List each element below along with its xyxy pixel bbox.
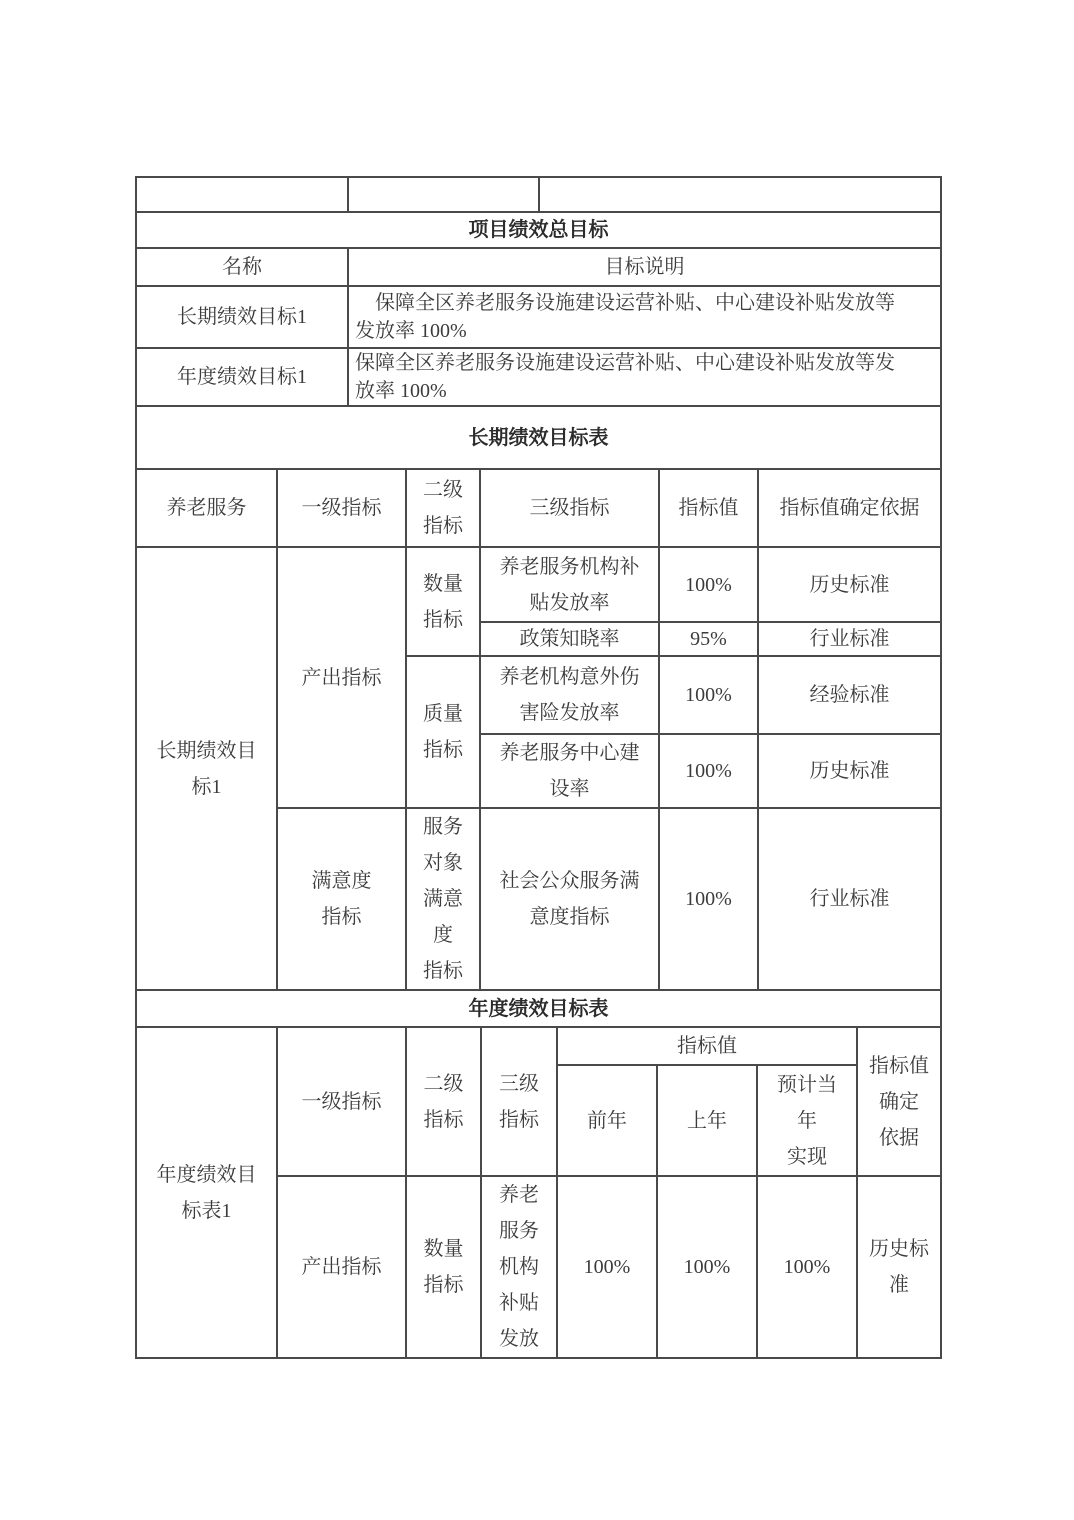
level1-column-header: 一级指标 <box>277 1027 406 1176</box>
value-column-header: 指标值 <box>659 469 758 547</box>
empty-cell <box>136 177 348 212</box>
level2-quality-cell: 质量 指标 <box>406 656 480 808</box>
value-cell: 100% <box>659 734 758 808</box>
annual-target-label: 年度绩效目 标表1 <box>136 1027 277 1358</box>
level2-service-satisfaction-cell: 服务 对象 满意 度 指标 <box>406 808 480 990</box>
empty-row <box>136 177 941 212</box>
table-row: 长期绩效目标1 保障全区养老服务设施建设运营补贴、中心建设补贴发放等 发放率 1… <box>136 286 941 348</box>
value-cell: 100% <box>659 808 758 990</box>
prev1-value-cell: 100% <box>657 1176 757 1358</box>
longterm-target-description: 保障全区养老服务设施建设运营补贴、中心建设补贴发放等 发放率 100% <box>348 286 941 348</box>
basis-cell: 历史标 准 <box>857 1176 941 1358</box>
annual-target-table: 年度绩效目标表 年度绩效目 标表1 一级指标 二级 指标 三级 指标 指标值 指… <box>135 989 942 1359</box>
performance-target-document: 项目绩效总目标 名称 目标说明 长期绩效目标1 保障全区养老服务设施建设运营补贴… <box>135 176 940 1359</box>
level2-column-header: 二级 指标 <box>406 469 480 547</box>
empty-cell <box>348 177 539 212</box>
name-column-header: 名称 <box>136 248 348 286</box>
longterm-header-row: 养老服务 一级指标 二级 指标 三级指标 指标值 指标值确定依据 <box>136 469 941 547</box>
basis-column-header: 指标值 确定 依据 <box>857 1027 941 1176</box>
level2-quantity-cell: 数量 指标 <box>406 1176 481 1358</box>
indicator-cell: 养老服务机构补 贴发放率 <box>480 547 659 622</box>
table-row: 年度绩效目标1 保障全区养老服务设施建设运营补贴、中心建设补贴发放等发 放率 1… <box>136 348 941 406</box>
level1-column-header: 一级指标 <box>277 469 406 547</box>
level2-quantity-cell: 数量 指标 <box>406 547 480 656</box>
longterm-table-title: 长期绩效目标表 <box>136 406 941 469</box>
basis-cell: 行业标准 <box>758 622 941 656</box>
basis-column-header: 指标值确定依据 <box>758 469 941 547</box>
overall-table-title: 项目绩效总目标 <box>136 212 941 248</box>
value-cell: 100% <box>659 547 758 622</box>
annual-table-title: 年度绩效目标表 <box>136 990 941 1027</box>
basis-cell: 经验标准 <box>758 656 941 734</box>
value-cell: 100% <box>659 656 758 734</box>
prev2-value-cell: 100% <box>557 1176 657 1358</box>
basis-cell: 行业标准 <box>758 808 941 990</box>
level1-output-cell: 产出指标 <box>277 1176 406 1358</box>
longterm-target-table: 长期绩效目标表 养老服务 一级指标 二级 指标 三级指标 指标值 指标值确定依据… <box>135 405 942 991</box>
description-column-header: 目标说明 <box>348 248 941 286</box>
value-group-header: 指标值 <box>557 1027 857 1065</box>
indicator-cell: 养老机构意外伤 害险发放率 <box>480 656 659 734</box>
prev2-year-header: 前年 <box>557 1065 657 1176</box>
level3-column-header: 三级 指标 <box>481 1027 557 1176</box>
basis-cell: 历史标准 <box>758 734 941 808</box>
longterm-target-label: 长期绩效目 标1 <box>136 547 277 990</box>
level3-indicator-cell: 养老 服务 机构 补贴 发放 <box>481 1176 557 1358</box>
longterm-target-name: 长期绩效目标1 <box>136 286 348 348</box>
level2-column-header: 二级 指标 <box>406 1027 481 1176</box>
indicator-cell: 养老服务中心建 设率 <box>480 734 659 808</box>
level1-satisfaction-cell: 满意度 指标 <box>277 808 406 990</box>
current-year-header: 预计当 年 实现 <box>757 1065 857 1176</box>
prev1-year-header: 上年 <box>657 1065 757 1176</box>
overall-target-table: 项目绩效总目标 名称 目标说明 长期绩效目标1 保障全区养老服务设施建设运营补贴… <box>135 211 942 407</box>
level1-output-cell: 产出指标 <box>277 547 406 808</box>
empty-top-table <box>135 176 942 213</box>
level3-column-header: 三级指标 <box>480 469 659 547</box>
indicator-cell: 社会公众服务满 意度指标 <box>480 808 659 990</box>
annual-target-description: 保障全区养老服务设施建设运营补贴、中心建设补贴发放等发 放率 100% <box>348 348 941 406</box>
annual-target-name: 年度绩效目标1 <box>136 348 348 406</box>
service-column-header: 养老服务 <box>136 469 277 547</box>
value-cell: 95% <box>659 622 758 656</box>
table-row: 长期绩效目 标1 产出指标 数量 指标 养老服务机构补 贴发放率 100% 历史… <box>136 547 941 622</box>
indicator-cell: 政策知晓率 <box>480 622 659 656</box>
empty-cell <box>539 177 941 212</box>
annual-header-row-1: 年度绩效目 标表1 一级指标 二级 指标 三级 指标 指标值 指标值 确定 依据 <box>136 1027 941 1065</box>
current-value-cell: 100% <box>757 1176 857 1358</box>
basis-cell: 历史标准 <box>758 547 941 622</box>
